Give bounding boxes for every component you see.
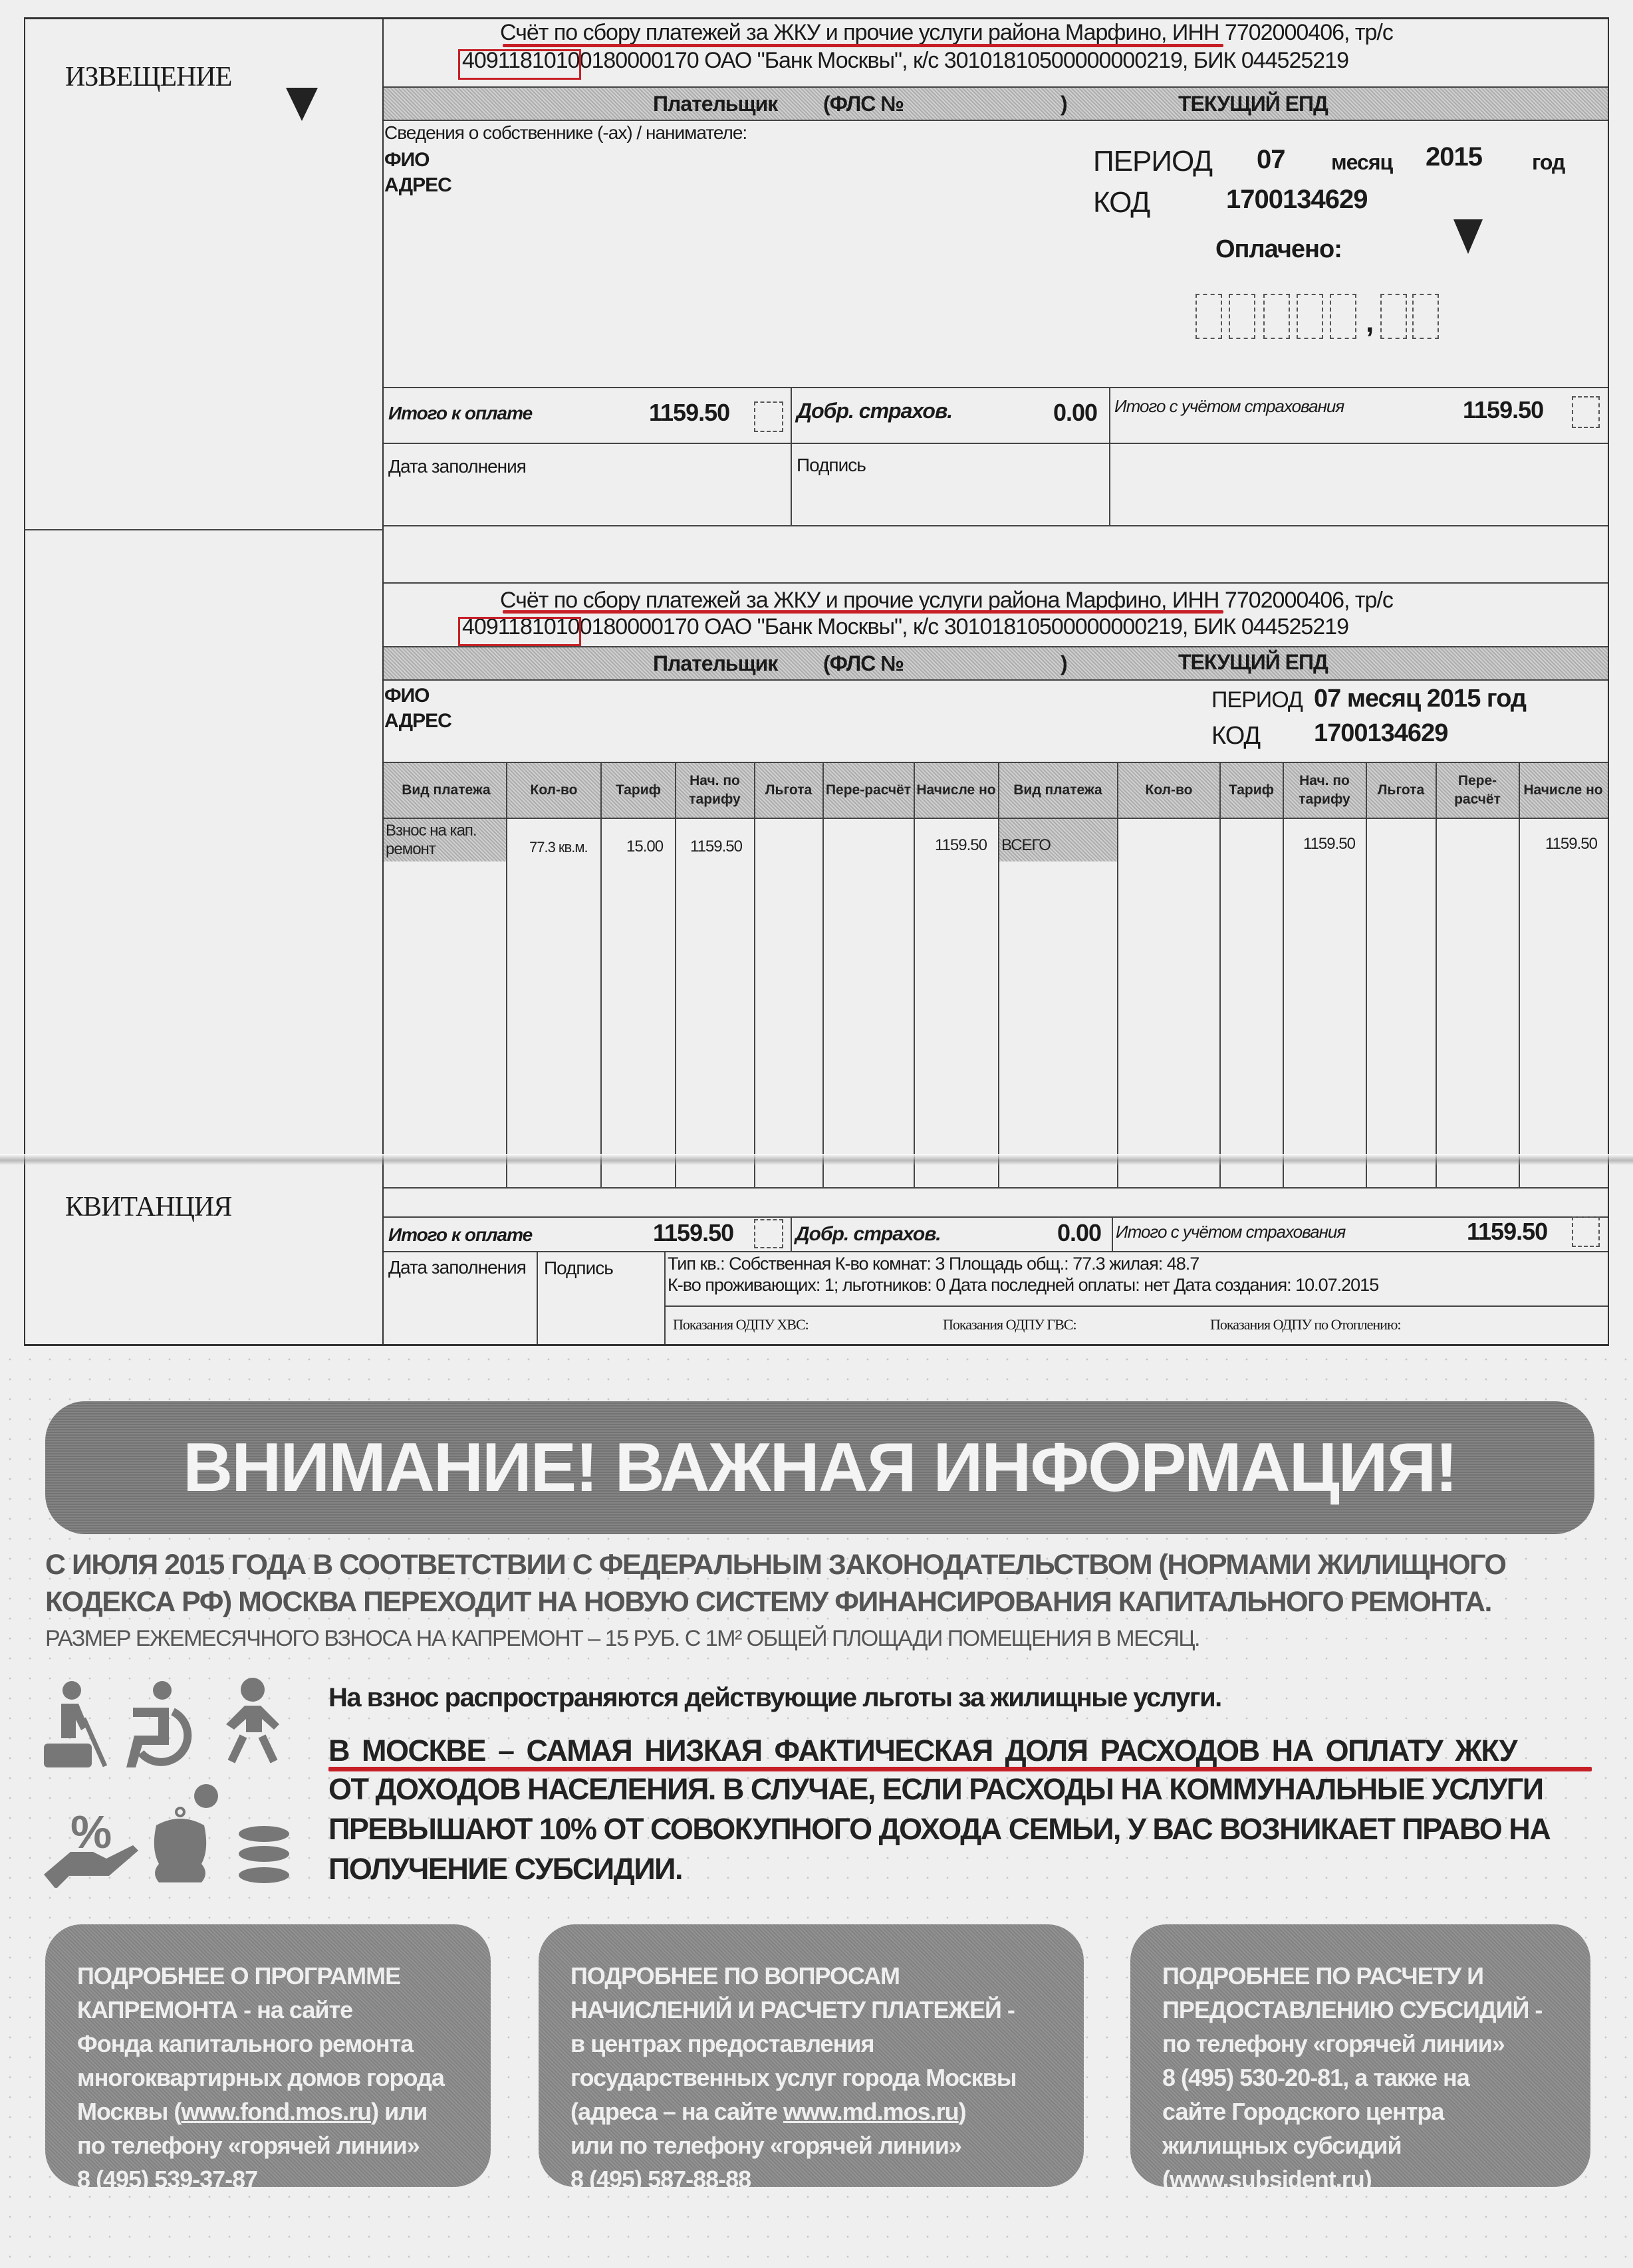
receipt-fls-label: (ФЛС № xyxy=(823,651,904,676)
notice-total-with-insurance-value: 1159.50 xyxy=(1463,396,1543,424)
subsidy-line2: ОТ ДОХОДОВ НАСЕЛЕНИЯ. В СЛУЧАЕ, ЕСЛИ РАС… xyxy=(328,1772,1543,1807)
notice-total-insurance-checkbox[interactable] xyxy=(1572,396,1600,428)
intro-line3: РАЗМЕР ЕЖЕМЕСЯЧНОГО ВЗНОСА НА КАПРЕМОНТ … xyxy=(45,1626,1199,1652)
receipt-total-insurance-checkbox[interactable] xyxy=(1572,1216,1600,1247)
receipt-underline xyxy=(503,610,1223,614)
row-charged: 1159.50 xyxy=(935,836,987,855)
receipt-fill-date-label: Дата заполнения xyxy=(388,1256,528,1279)
notice-fio-label: ФИО xyxy=(384,149,430,171)
receipt-total-checkbox[interactable] xyxy=(754,1219,783,1248)
receipt-total-with-insurance-label: Итого с учётом страхования xyxy=(1116,1222,1345,1242)
hand-percent-icon: % xyxy=(41,1801,141,1888)
col-header-charged-2: Начисле но xyxy=(1520,764,1606,816)
receipt-total-label: Итого к оплате xyxy=(388,1224,532,1246)
notice-period-year: 2015 xyxy=(1426,142,1482,172)
row-total-by-tariff: 1159.50 xyxy=(1303,835,1355,853)
receipt-payer-bar xyxy=(384,647,1608,679)
intro-line1: С ИЮЛЯ 2015 ГОДА В СООТВЕТСТВИИ С ФЕДЕРА… xyxy=(45,1549,1505,1581)
apartment-info-line2: К-во проживающих: 1; льготников: 0 Дата … xyxy=(668,1275,1378,1296)
info-card-payment-calculation: ПОДРОБНЕЕ ПО ВОПРОСАМ НАЧИСЛЕНИЙ И РАСЧЕ… xyxy=(539,1924,1084,2187)
svg-text:%: % xyxy=(70,1806,112,1858)
purse-coin-icon xyxy=(150,1781,223,1888)
info-card-subsidies: ПОДРОБНЕЕ ПО РАСЧЕТУ И ПРЕДОСТАВЛЕНИЮ СУ… xyxy=(1130,1924,1590,2187)
receipt-period-value: 07 месяц 2015 год xyxy=(1314,685,1526,713)
notice-epd-label: ТЕКУЩИЙ ЕПД xyxy=(1178,92,1328,116)
col-header-recalc: Пере-расчёт xyxy=(824,764,913,816)
elderly-person-icon xyxy=(41,1678,114,1771)
notice-account-line1: Счёт по сбору платежей за ЖКУ и прочие у… xyxy=(500,20,1393,46)
notice-fls-close: ) xyxy=(1061,92,1067,116)
md-phone: 8 (495) 587-88-88 xyxy=(570,2162,1057,2196)
row-type: Взнос на кап. ремонт xyxy=(386,822,503,859)
paper-fold-crease xyxy=(0,1154,1633,1165)
receipt-signature-label: Подпись xyxy=(544,1258,613,1279)
attention-banner: ВНИМАНИЕ! ВАЖНАЯ ИНФОРМАЦИЯ! xyxy=(45,1401,1594,1534)
md-mos-link[interactable]: www.md.mos.ru xyxy=(783,2098,959,2125)
receipt-insurance-value: 0.00 xyxy=(1057,1219,1101,1247)
notice-insurance-value: 0.00 xyxy=(1053,399,1097,427)
notice-payer-bar xyxy=(384,88,1608,120)
col-header-by-tariff: Нач. по тарифу xyxy=(676,764,753,816)
row-by-tariff: 1159.50 xyxy=(690,838,742,856)
receipt-epd-label: ТЕКУЩИЙ ЕПД xyxy=(1178,650,1328,675)
row-total-charged: 1159.50 xyxy=(1545,835,1597,853)
notice-total-checkbox[interactable] xyxy=(754,401,783,432)
meter-cold-water: Показания ОДПУ ХВС: xyxy=(673,1316,809,1333)
col-header-type-2: Вид платежа xyxy=(999,764,1116,816)
receipt-code-value: 1700134629 xyxy=(1314,719,1447,748)
attention-banner-text: ВНИМАНИЕ! ВАЖНАЯ ИНФОРМАЦИЯ! xyxy=(183,1428,1457,1508)
col-header-qty: Кол-во xyxy=(507,764,600,816)
notice-account-rest: 100180000170 ОАО "Банк Москвы", к/с 3010… xyxy=(556,48,1348,73)
receipt-fls-close: ) xyxy=(1061,651,1067,676)
apartment-info-line1: Тип кв.: Собственная К-во комнат: 3 Площ… xyxy=(668,1254,1199,1274)
notice-period-month: 07 xyxy=(1257,145,1285,175)
subsidy-underline xyxy=(328,1767,1592,1771)
intro-line2: КОДЕКСА РФ) МОСКВА ПЕРЕХОДИТ НА НОВУЮ СИ… xyxy=(45,1586,1491,1619)
notice-fls-label: (ФЛС № xyxy=(823,92,904,116)
benefits-line: На взнос распространяются действующие ль… xyxy=(328,1683,1221,1713)
col-header-recalc-2: Пере-расчёт xyxy=(1437,764,1518,816)
notice-payer-label: Плательщик xyxy=(653,92,777,116)
receipt-account-line2: 40911810100180000170 ОАО "Банк Москвы", … xyxy=(462,614,1348,640)
fond-phone: 8 (495) 539-37-87 xyxy=(77,2162,464,2196)
subsidy-line3: ПРЕВЫШАЮТ 10% ОТ СОВОКУПНОГО ДОХОДА СЕМЬ… xyxy=(328,1812,1550,1847)
paid-separator: , xyxy=(1366,306,1374,339)
col-header-benefit: Льгота xyxy=(755,764,822,816)
receipt-insurance-label: Добр. страхов. xyxy=(795,1223,941,1246)
subsidy-line1: В МОСКВЕ – САМАЯ НИЗКАЯ ФАКТИЧЕСКАЯ ДОЛЯ… xyxy=(328,1734,1517,1768)
notice-period-label: ПЕРИОД xyxy=(1093,145,1212,178)
notice-total-with-insurance-label: Итого с учётом страхования xyxy=(1114,396,1344,417)
wheelchair-icon xyxy=(120,1678,199,1771)
receipt-label: КВИТАНЦИЯ xyxy=(65,1191,231,1223)
col-header-type: Вид платежа xyxy=(387,764,505,816)
notice-account-line2: 40911810100180000170 ОАО "Банк Москвы", … xyxy=(462,48,1348,74)
receipt-payer-label: Плательщик xyxy=(653,651,777,676)
row-qty: 77.3 кв.м. xyxy=(529,839,588,856)
notice-fill-date-label: Дата заполнения xyxy=(388,456,526,477)
notice-month-label: месяц xyxy=(1331,150,1392,175)
notice-underline xyxy=(503,44,1223,47)
notice-address-label: АДРЕС xyxy=(384,174,451,197)
meter-heating: Показания ОДПУ по Отоплению: xyxy=(1210,1316,1401,1333)
subsidy-line4: ПОЛУЧЕНИЕ СУБСИДИИ. xyxy=(328,1852,682,1886)
receipt-fio-label: ФИО xyxy=(384,685,430,707)
coin-stack-icon xyxy=(236,1825,293,1888)
row-tariff: 15.00 xyxy=(626,838,663,856)
col-header-qty-2: Кол-во xyxy=(1118,764,1219,816)
notice-insurance-label: Добр. страхов. xyxy=(797,399,952,423)
paid-marker-triangle-icon xyxy=(1453,219,1483,254)
receipt-code-label: КОД xyxy=(1211,722,1260,750)
col-header-by-tariff-2: Нач. по тарифу xyxy=(1284,764,1365,816)
notice-total-label: Итого к оплате xyxy=(388,403,532,424)
notice-code-label: КОД xyxy=(1093,186,1150,219)
receipt-address-label: АДРЕС xyxy=(384,710,451,733)
notice-label: ИЗВЕЩЕНИЕ xyxy=(65,61,231,93)
notice-total-value: 1159.50 xyxy=(649,399,729,427)
notice-account-highlight xyxy=(458,49,581,80)
notice-code-value: 1700134629 xyxy=(1226,185,1367,215)
subsident-link[interactable]: www.subsident.ru xyxy=(1170,2166,1364,2193)
fond-mos-link[interactable]: www.fond.mos.ru xyxy=(181,2098,371,2125)
col-header-tariff-2: Тариф xyxy=(1221,764,1282,816)
meter-hot-water: Показания ОДПУ ГВС: xyxy=(943,1316,1076,1333)
marker-triangle-icon xyxy=(286,88,318,121)
receipt-total-with-insurance-value: 1159.50 xyxy=(1467,1218,1547,1246)
receipt-period-label: ПЕРИОД xyxy=(1211,687,1303,713)
col-header-tariff: Тариф xyxy=(602,764,675,816)
owner-info-label: Сведения о собственнике (-ах) / нанимате… xyxy=(384,122,747,144)
child-icon xyxy=(219,1675,286,1768)
notice-year-label: год xyxy=(1532,150,1565,175)
receipt-total-value: 1159.50 xyxy=(653,1219,733,1247)
receipt-account-highlight xyxy=(458,617,581,646)
col-header-benefit-2: Льгота xyxy=(1367,764,1435,816)
col-header-charged: Начисле но xyxy=(915,764,997,816)
notice-signature-label: Подпись xyxy=(797,455,866,476)
row-total-type: ВСЕГО xyxy=(1001,836,1051,855)
paid-label: Оплачено: xyxy=(1215,235,1342,264)
info-card-capital-repair: ПОДРОБНЕЕ О ПРОГРАММЕ КАПРЕМОНТА - на са… xyxy=(45,1924,491,2187)
receipt-account-rest: 100180000170 ОАО "Банк Москвы", к/с 3010… xyxy=(556,614,1348,639)
